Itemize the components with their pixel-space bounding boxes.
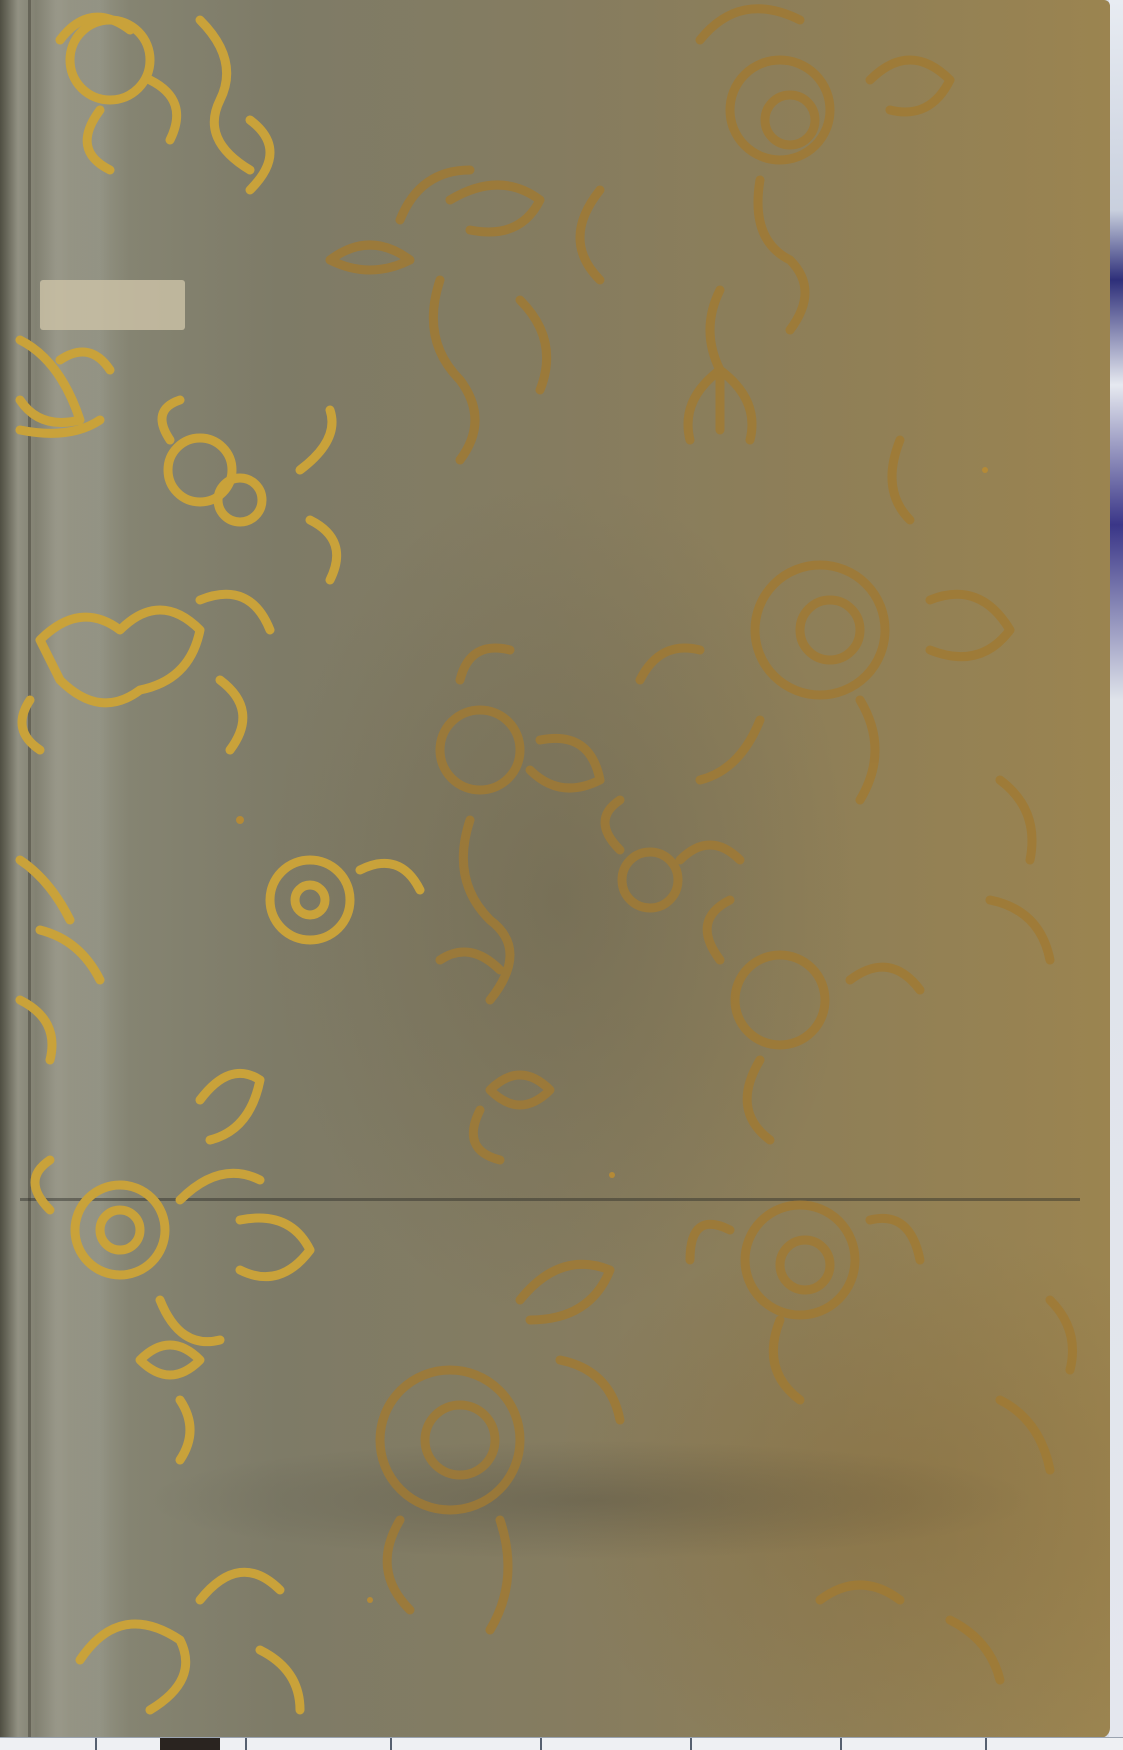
flower-motif	[162, 400, 337, 580]
ruler-strip	[0, 1737, 1123, 1750]
leaf-motif	[330, 170, 600, 460]
gold-floral-pattern	[0, 0, 1110, 1738]
flower-motif	[270, 860, 420, 940]
book-cover	[0, 0, 1110, 1738]
background-sliver	[1109, 0, 1123, 1750]
flower-motif	[22, 594, 270, 750]
leaf-motif	[20, 340, 110, 433]
rose-motif	[690, 1205, 920, 1400]
flower-motif	[605, 800, 740, 908]
ruler-tick	[690, 1738, 692, 1750]
ruler-tick	[245, 1738, 247, 1750]
rose-motif	[440, 648, 600, 1000]
rose-motif	[640, 565, 1010, 800]
ruler-tick	[390, 1738, 392, 1750]
flower-motif	[60, 17, 270, 190]
gold-speckles	[236, 467, 988, 1603]
leaf-motif	[820, 780, 1073, 1680]
ruler-tick	[985, 1738, 987, 1750]
flower-motif	[473, 1075, 550, 1160]
rose-motif	[707, 900, 920, 1140]
rose-motif	[380, 1264, 620, 1630]
leaf-motif	[140, 1345, 200, 1460]
ruler-dark-segment	[160, 1738, 220, 1750]
ruler-tick	[95, 1738, 97, 1750]
ruler-tick	[840, 1738, 842, 1750]
ruler-tick	[540, 1738, 542, 1750]
flower-motif	[80, 1572, 300, 1710]
rose-motif	[35, 1073, 310, 1341]
leaf-motif	[20, 860, 100, 1060]
rose-motif	[700, 9, 950, 330]
